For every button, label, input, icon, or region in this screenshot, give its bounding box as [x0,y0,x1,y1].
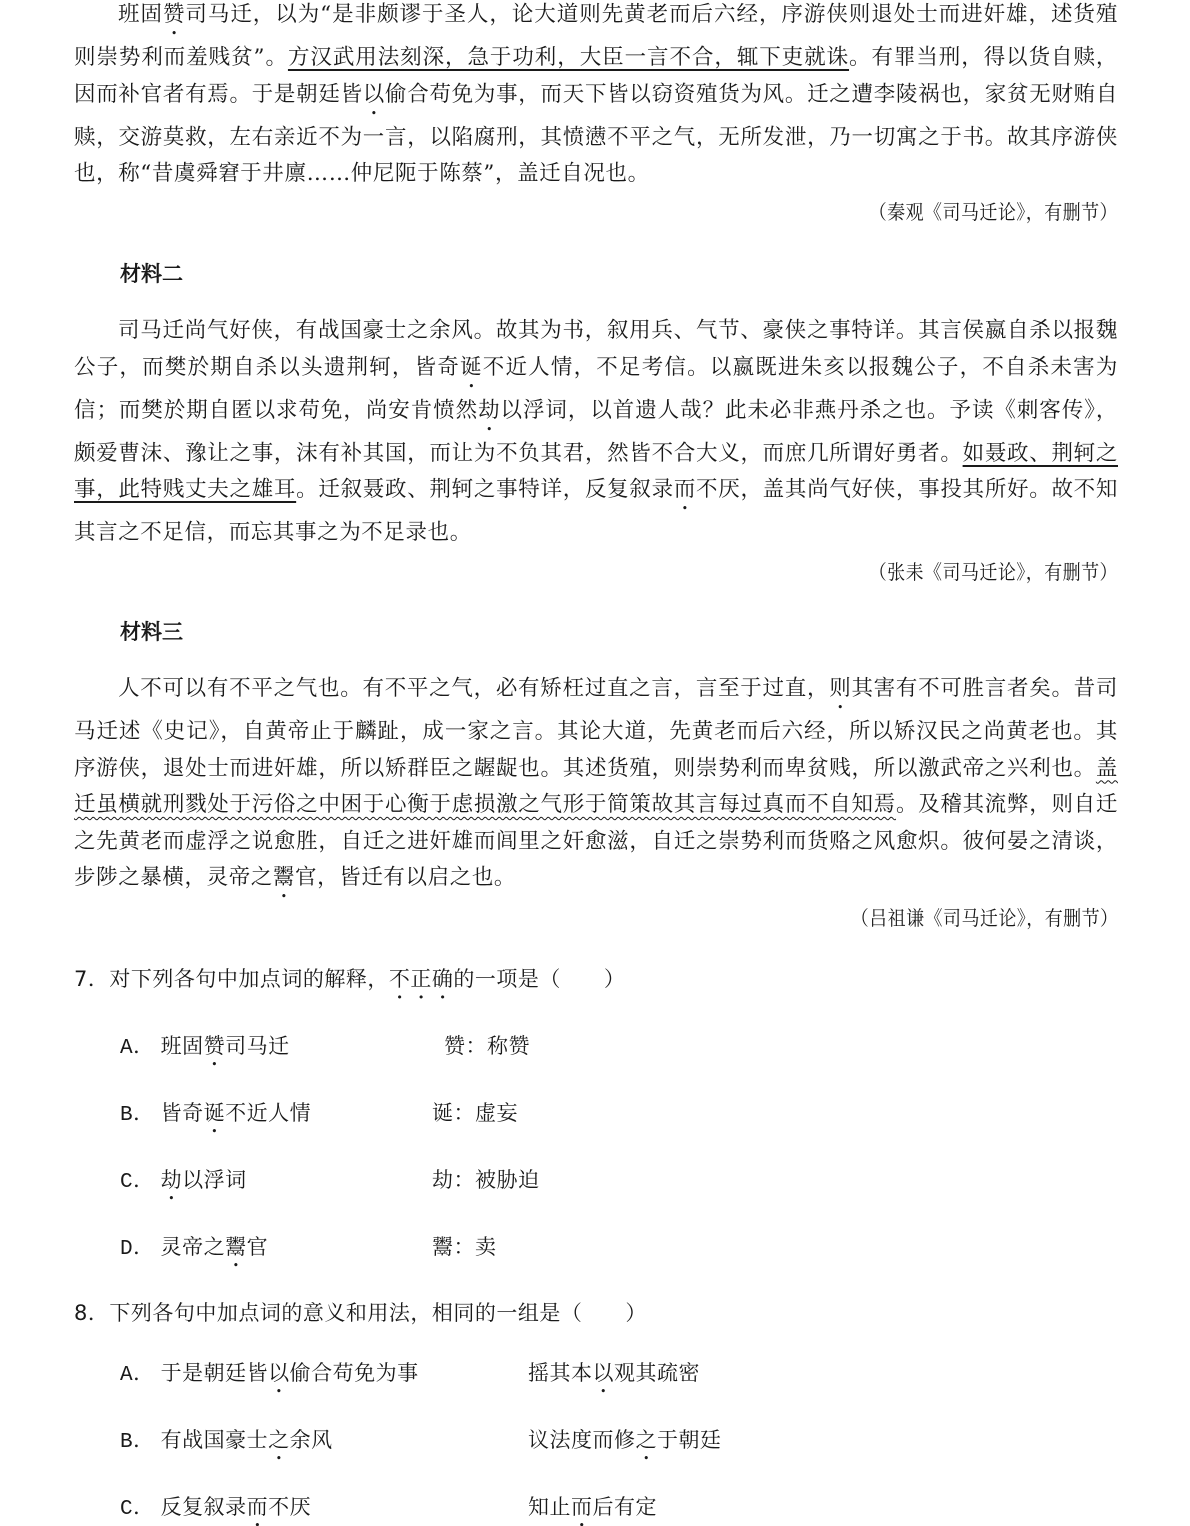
question-8-option: C．反复叙录而不厌 [120,1491,311,1526]
material-three-source: （吕祖谦《司马迁论》，有删节） [850,902,1118,931]
emphasized-word: 诞 [460,355,483,380]
option-label: A． [120,1364,155,1387]
material-two-source: （张耒《司马迁论》，有删节） [869,556,1118,585]
option-text: 观其疏密 [614,1361,700,1385]
question-8-option: B．有战国豪士之余风 [120,1424,333,1465]
question-7-option: A．班固赞司马迁 [120,1030,290,1071]
emphasized-word: 劫 [161,1168,183,1192]
question-7-option: B．皆奇诞不近人情 [120,1097,311,1138]
emphasized-word: 之 [268,1428,290,1452]
option-text: 反复叙录 [161,1495,247,1519]
material-one-paragraph: 班固赞司马迁，以为“是非颇谬于圣人，论大道则先黄老而后六经，序游侠则退处士而进奸… [74,0,1118,193]
material-three-paragraph: 人不可以有不平之气也。有不平之气，必有矫枉过直之言，言至于过直，则其害有不可胜言… [74,671,1118,903]
option-text: 以浮词 [182,1168,247,1192]
option-label: A． [120,1037,155,1060]
underlined-sentence: 方汉武用法刻深，急于功利，大臣一言不合，辄下吏就诛 [288,45,849,70]
question-7-stem: 7．对下列各句中加点词的解释，不正确的一项是（ ） [74,963,625,1004]
option-text: 官 [247,1235,269,1259]
option-comparison-sentence: 摇其本以观其疏密 [528,1357,700,1398]
option-label: B． [120,1431,155,1454]
option-text: 于朝廷 [657,1428,722,1452]
text-run: 人不可以有不平之气也。有不平之气，必有矫枉过直之言，言至于过直， [118,676,829,701]
emphasized-word: 而 [571,1495,593,1519]
emphasized-word: 鬻 [225,1235,247,1259]
emphasized-word: 不正确 [389,967,454,991]
material-one-source: （秦观《司马迁论》，有删节） [869,196,1118,225]
option-text: 不厌 [268,1495,311,1519]
option-text: 议法度而修 [528,1428,636,1452]
text-run: 之 [407,318,429,343]
emphasized-word: 以 [363,82,385,107]
emphasized-word: 以 [268,1361,290,1385]
option-label: B． [120,1104,155,1127]
option-text: 偷合苟免为事 [290,1361,419,1385]
option-explanation: 诞：虚妄 [432,1097,518,1127]
emphasized-word: 赞 [204,1034,226,1058]
question-7-option: D．灵帝之鬻官 [120,1231,268,1272]
option-label: C． [120,1498,155,1521]
question-8-stem: 8．下列各句中加点词的意义和用法，相同的一组是（ ） [74,1297,647,1327]
option-comparison-sentence: 知止而后有定 [528,1491,657,1526]
option-text: 知止 [528,1495,571,1519]
option-text: 皆奇 [161,1101,204,1125]
option-comparison-sentence: 议法度而修之于朝廷 [528,1424,722,1465]
option-label: C． [120,1171,155,1194]
text-run: 。迁叙聂政、荆轲之事特详，反复叙录 [296,477,674,502]
option-text: 不近人情 [225,1101,311,1125]
emphasized-word: 而 [674,477,696,502]
option-text: 有战国豪士 [161,1428,269,1452]
option-text: 摇其本 [528,1361,593,1385]
text-run: 官，皆迁有以启之也。 [295,865,516,890]
option-text: 后有定 [593,1495,658,1519]
emphasized-word: 赞 [163,2,185,27]
option-explanation: 鬻：卖 [432,1231,497,1261]
text-run: 的一项是（ ） [453,967,625,991]
emphasized-word: 则 [829,676,851,701]
question-8-option: A．于是朝廷皆以偷合苟免为事 [120,1357,419,1398]
emphasized-word: 诞 [204,1101,226,1125]
question-7-option: C．劫以浮词 [120,1164,247,1205]
emphasized-word: 以 [593,1361,615,1385]
text-run: 7．对下列各句中加点词的解释， [74,967,389,991]
option-label: D． [120,1238,155,1261]
text-run: 司马迁尚气好侠，有战国豪士 [118,318,407,343]
emphasized-word: 而 [247,1495,269,1519]
option-text: 司马迁 [225,1034,290,1058]
material-three-heading: 材料三 [120,616,183,646]
material-two-heading: 材料二 [120,258,183,288]
option-text: 余风 [290,1428,333,1452]
option-explanation: 赞：称赞 [444,1030,530,1060]
material-two-paragraph: 司马迁尚气好侠，有战国豪士之余风。故其为书，叙用兵、气节、豪侠之事特详。其言侯嬴… [74,313,1118,552]
text-run: 班固 [118,2,163,27]
option-text: 灵帝之 [161,1235,226,1259]
emphasized-word: 劫 [478,398,500,423]
emphasized-word: 之 [636,1428,658,1452]
option-explanation: 劫：被胁迫 [432,1164,540,1194]
option-text: 于是朝廷皆 [161,1361,269,1385]
option-text: 班固 [161,1034,204,1058]
emphasized-word: 鬻 [273,865,295,890]
